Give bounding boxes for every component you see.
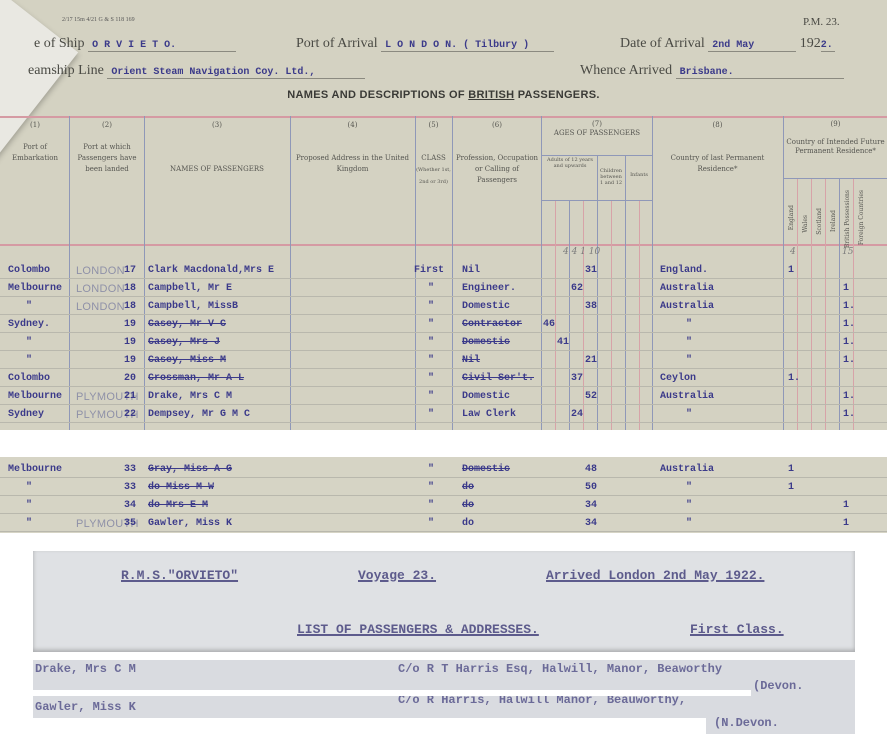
- ages-adults-header: Adults of 12 years and upwards: [543, 157, 597, 169]
- steamship-line-label: eamship Line: [28, 63, 104, 78]
- whence-arrived-label: Whence Arrived: [580, 63, 672, 78]
- row-rule: [0, 278, 887, 279]
- ages-children-header: Children between 1 and 12: [598, 168, 624, 186]
- res-col-ireland: Ireland: [830, 210, 837, 232]
- col-header-address: (4)Proposed Address in the United Kingdo…: [292, 120, 413, 175]
- whence-arrived-line: Whence Arrived Brisbane.: [580, 63, 844, 79]
- year-prefix: 192: [800, 36, 821, 51]
- date-of-arrival-line: Date of Arrival 2nd May 1922.: [620, 36, 835, 52]
- row-rule: [0, 350, 887, 351]
- typed-ship-name: R.M.S."ORVIETO": [121, 568, 238, 583]
- col-header-names: (3)NAMES OF PASSENGERS: [146, 120, 288, 175]
- entry-address: C/o R T Harris Esq, Halwill, Manor, Beaw…: [398, 662, 722, 676]
- col-header-future-residence: (9)Country of Intended Future Permanent …: [784, 120, 887, 156]
- manifest-sheet-top: 2/17 15m 4/21 G & S 118 169 P.M. 23. e o…: [0, 0, 887, 430]
- manifest-sheet-continued: Melbourne33Gray, Miss A G"Domestic48Aust…: [0, 457, 887, 533]
- row-rule: [0, 531, 887, 532]
- ship-label: e of Ship: [34, 36, 85, 51]
- whence-arrived-value: Brisbane.: [676, 67, 844, 79]
- entry-name: Drake, Mrs C M: [35, 662, 136, 676]
- typed-entry-drake: Drake, Mrs C M C/o R T Harris Esq, Halwi…: [33, 660, 855, 690]
- ship-name-line: e of Ship O R V I E T O.: [34, 36, 236, 52]
- row-rule: [0, 422, 887, 423]
- row-rule: [0, 314, 887, 315]
- steamship-line-value: Orient Steam Navigation Coy. Ltd.,: [107, 67, 365, 79]
- entry-address-cont: (N.Devon.: [714, 716, 779, 730]
- typed-list-title: LIST OF PASSENGERS & ADDRESSES.: [297, 622, 539, 637]
- steamship-line-line: eamship Line Orient Steam Navigation Coy…: [28, 63, 365, 79]
- entry-address-cont: (Devon.: [753, 679, 803, 693]
- port-of-arrival-value: L O N D O N. ( Tilbury ): [381, 40, 554, 52]
- col-header-last-residence: (8)Country of last Permanent Residence*: [653, 120, 782, 175]
- pencil-possessions-tally: 15: [842, 247, 853, 257]
- row-rule: [0, 495, 887, 496]
- typed-entry-drake-cont: (Devon.: [751, 678, 855, 696]
- ages-subheader-rule: [541, 155, 652, 156]
- row-rule: [0, 477, 887, 478]
- table-header-bottom-rule: [0, 244, 887, 246]
- col-header-embarkation: (1)Port of Embarkation: [2, 120, 68, 164]
- col-header-ages: (7)AGES OF PASSENGERS: [542, 120, 652, 138]
- entry-name: Gawler, Miss K: [35, 700, 136, 714]
- entry-address: C/o R Harris, Halwill Manor, Beauworthy,: [398, 696, 686, 707]
- typed-entry-gawler-cont: (N.Devon.: [706, 712, 855, 734]
- table-top-rule: [0, 116, 887, 118]
- manifest-title: NAMES AND DESCRIPTIONS OF BRITISH PASSEN…: [0, 89, 887, 101]
- col-header-profession: (6)Profession, Occupation or Calling of …: [454, 120, 540, 186]
- ship-name-value: O R V I E T O.: [88, 40, 236, 52]
- date-of-arrival-label: Date of Arrival: [620, 36, 705, 51]
- typed-voyage: Voyage 23.: [358, 568, 436, 583]
- typed-passenger-list: R.M.S."ORVIETO" Voyage 23. Arrived Londo…: [33, 551, 855, 652]
- typed-arrival: Arrived London 2nd May 1922.: [546, 568, 764, 583]
- res-col-wales: Wales: [802, 215, 809, 233]
- res-col-scotland: Scotland: [816, 208, 823, 235]
- year-suffix: 2.: [821, 40, 835, 52]
- ages-infants-header: Infants: [626, 172, 652, 178]
- col-header-class: (5)CLASS(Whether 1st, 2nd or 3rd): [416, 120, 451, 188]
- page-reference: P.M. 23.: [803, 16, 840, 28]
- res-col-british-possessions: British Possessions: [844, 190, 851, 248]
- form-number: 2/17 15m 4/21 G & S 118 169: [62, 17, 135, 23]
- row-rule: [0, 404, 887, 405]
- typed-class: First Class.: [690, 622, 784, 637]
- col-header-port-landed: (2)Port at which Passengers have been la…: [72, 120, 142, 175]
- ages-subheader-rule: [541, 200, 652, 201]
- row-rule: [0, 368, 887, 369]
- port-of-arrival-label: Port of Arrival: [296, 36, 378, 51]
- pencil-ages-tally: 4 4 1 10: [563, 247, 600, 257]
- row-rule: [0, 513, 887, 514]
- row-rule: [0, 332, 887, 333]
- row-rule: [0, 386, 887, 387]
- date-of-arrival-value: 2nd May: [708, 40, 796, 52]
- res-col-england: England: [788, 205, 795, 230]
- res-col-foreign-countries: Foreign Countries: [858, 190, 865, 245]
- pencil-england-tally: 4: [790, 247, 796, 257]
- residence-subheader-rule: [783, 178, 887, 179]
- row-rule: [0, 296, 887, 297]
- port-of-arrival-line: Port of Arrival L O N D O N. ( Tilbury ): [296, 36, 554, 52]
- british-underlined: BRITISH: [468, 89, 514, 101]
